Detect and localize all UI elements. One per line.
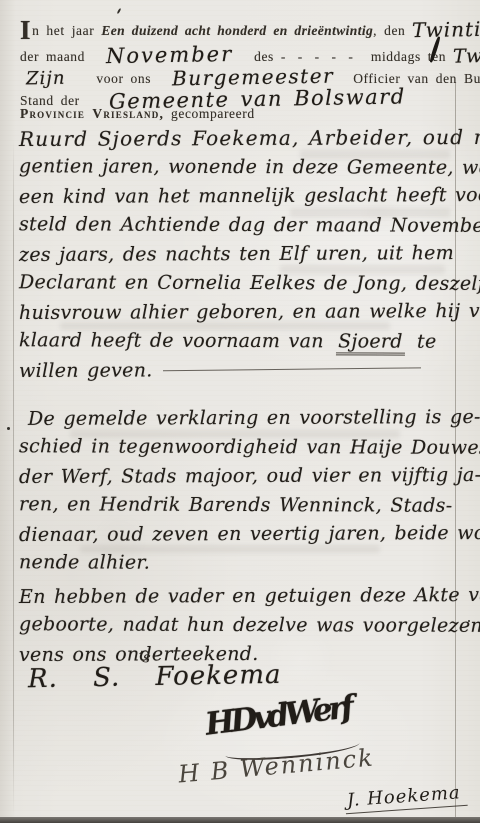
body-paragraph-witnesses: De gemelde verklaring en voorstelling is… [19, 404, 466, 578]
handwritten-text: willen geven. [19, 359, 153, 382]
signature-father: R. S. Foekema [28, 660, 282, 694]
body-paragraph-declaration: Ruurd Sjoerds Foekema, Arbeider, oud ne-… [19, 124, 466, 385]
signature-official: J. Hoekema [344, 782, 467, 814]
written-day-of-month: Twintigsten [412, 16, 480, 42]
signature-witness-vdwerf: HDvdWerf [203, 689, 352, 742]
document-page: In het jaar Een duizend acht honderd en … [0, 0, 480, 823]
handwritten-text: te [417, 331, 437, 353]
header-line-1: In het jaar Een duizend acht honderd en … [20, 16, 460, 40]
ornate-initial-letter: I [20, 15, 31, 45]
handwritten-line: der Werf, Stads majoor, oud vier en vijf… [19, 461, 466, 492]
handwritten-closing-line: willen geven. [19, 355, 466, 386]
closing-rule [163, 365, 421, 371]
handwritten-line: huisvrouw alhier geboren, en aan welke h… [19, 297, 466, 328]
ink-speck [7, 427, 10, 430]
handwritten-line-child-name: klaard heeft de voornaam van Sjoerd te [19, 326, 466, 357]
ink-speck [117, 8, 122, 14]
printed-text: Officier van den Burgerlijken [353, 71, 480, 86]
handwritten-line: nende alhier. [19, 548, 466, 579]
handwritten-line: ren, en Hendrik Barends Wenninck, Stads- [19, 490, 466, 521]
handwritten-line: De gemelde verklaring en voorstelling is… [19, 403, 466, 434]
printed-text: des [254, 49, 274, 64]
printed-text: n het jaar [32, 23, 94, 38]
handwritten-text: klaard heeft de voornaam van [19, 329, 324, 352]
handwritten-line: schied in tegenwoordigheid van Haije Dou… [19, 432, 466, 463]
header-line-2: der maand November des - - - - - middags… [20, 42, 460, 66]
printed-text: der maand [20, 49, 85, 64]
handwritten-line: En hebben de vader en getuigen deze Akte… [19, 581, 466, 612]
handwritten-line: zes jaars, des nachts ten Elf uren, uit … [19, 239, 466, 270]
handwritten-line: een kind van het mannelijk geslacht heef… [19, 181, 466, 212]
handwritten-line: steld den Achtiende dag der maand Novemb… [19, 210, 466, 241]
printed-text: , den [373, 23, 405, 38]
printed-text: gecompareerd [171, 106, 255, 121]
handwritten-line: Declarant en Cornelia Eelkes de Jong, de… [19, 268, 466, 299]
body-paragraph-signing-clause: En hebben de vader en getuigen deze Akte… [19, 582, 466, 669]
scan-edge-shadow [0, 817, 480, 823]
handwritten-line: Ruurd Sjoerds Foekema, Arbeider, oud ne- [19, 123, 466, 154]
handwritten-line: dienaar, oud zeven en veertig jaren, bei… [19, 519, 466, 550]
handwritten-line: geboorte, nadat hun dezelve was voorgele… [19, 610, 466, 641]
printed-text: voor ons [96, 71, 151, 86]
header-line-5: Provincie Vriesland, gecompareerd [20, 106, 460, 122]
written-dashes: - - - - - [281, 49, 356, 64]
child-name: Sjoerd [336, 330, 405, 355]
printed-province: Provincie Vriesland, [20, 106, 164, 121]
paper-fold-line [13, 140, 14, 815]
handwritten-line: gentien jaren, wonende in deze Gemeente,… [19, 152, 466, 183]
printed-year-words: Een duizend acht honderd en drieëntwinti… [101, 23, 373, 38]
